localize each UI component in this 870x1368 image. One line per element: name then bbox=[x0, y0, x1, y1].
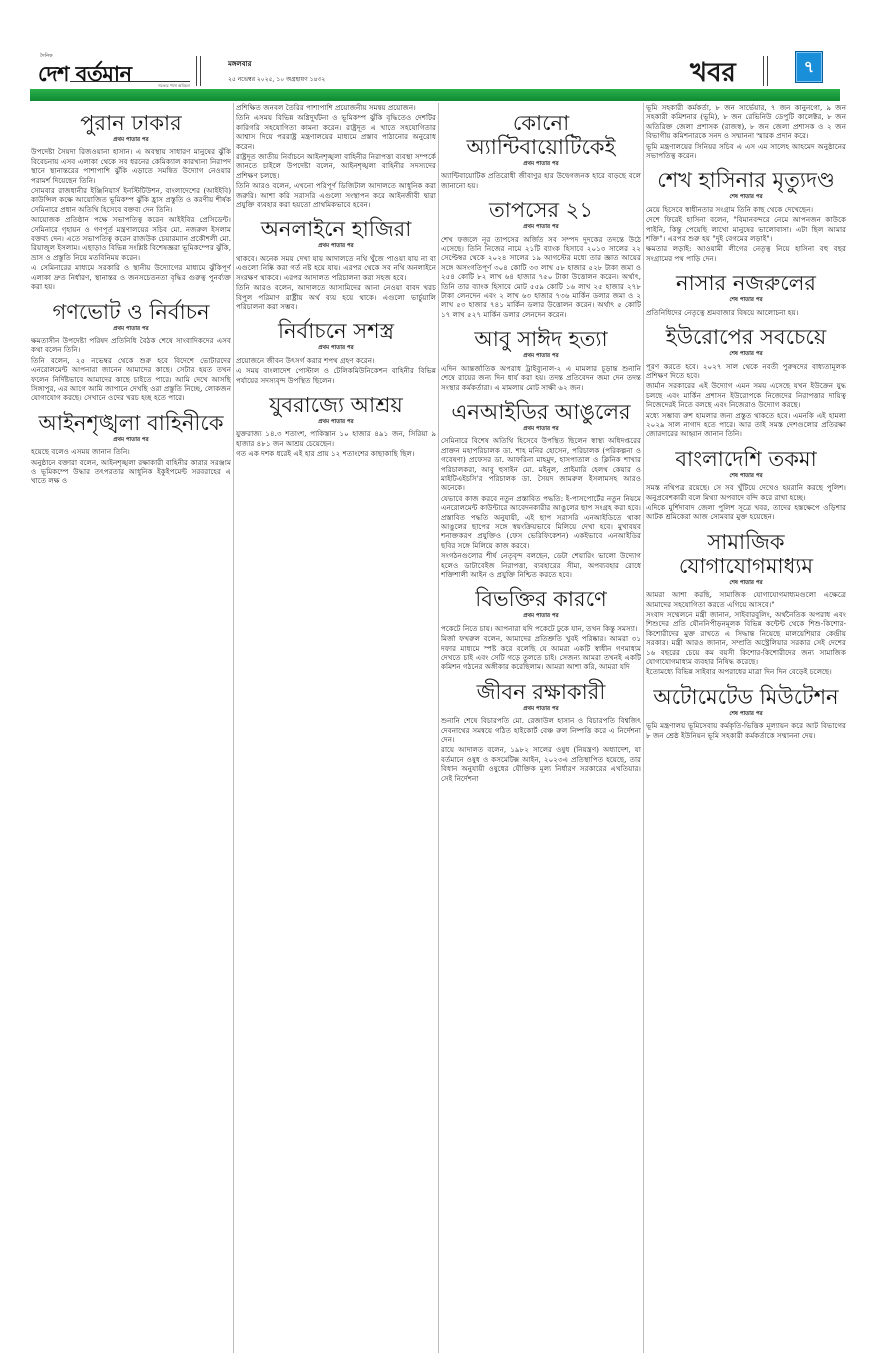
story-headline[interactable]: গণভোট ও নির্বাচন bbox=[31, 300, 231, 324]
story-paragraph: ক্ষমতাসীন উপদেষ্টা পরিষদ প্রতিনিধি বৈঠক … bbox=[31, 336, 231, 355]
story-online-hajira[interactable]: অনলাইনে হাজিরা প্রথম পাতার পর থাকবে। অনে… bbox=[236, 217, 436, 311]
page-number-badge: ৭ bbox=[795, 51, 823, 83]
story-kicker: প্রথম পাতার পর bbox=[31, 136, 231, 145]
story-kicker: প্রথম পাতার পর bbox=[441, 352, 641, 361]
story-gonovote[interactable]: গণভোট ও নির্বাচন প্রথম পাতার পর ক্ষমতাসী… bbox=[31, 300, 231, 403]
story-paragraph: সেমিনারে বিশেষ অতিথি হিসেবে উপস্থিত ছিলে… bbox=[441, 436, 641, 492]
column-1: পুরান ঢাকার প্রথম পাতার পর উপদেষ্টা সৈয়… bbox=[31, 103, 231, 1358]
story-kicker: শেষ পাতার পর bbox=[646, 472, 846, 481]
story-headline[interactable]: বাংলাদেশি তকমা bbox=[646, 447, 846, 471]
story-kicker: প্রথম পাতার পর bbox=[441, 160, 641, 169]
story-paragraph: অনুষ্ঠানে বক্তারা বলেন, আইনশৃঙ্খলা রক্ষা… bbox=[31, 458, 231, 486]
story-kicker: প্রথম পাতার পর bbox=[441, 425, 641, 434]
story-headline[interactable]: যুবরাজ্যে আশ্রয় bbox=[236, 393, 436, 417]
story-paragraph: যেভাবে কাজ করবে নতুন প্রস্তাবিত পদ্ধতি: … bbox=[441, 494, 641, 550]
story-puran-dhaka[interactable]: পুরান ঢাকার প্রথম পাতার পর উপদেষ্টা সৈয়… bbox=[31, 111, 231, 292]
divider bbox=[763, 56, 768, 86]
story-headline[interactable]: জীবন রক্ষাকারী bbox=[441, 680, 641, 704]
issue-day: মঙ্গলবার bbox=[228, 58, 252, 70]
story-kicker: প্রথম পাতার পর bbox=[441, 705, 641, 714]
story-kicker: প্রথম পাতার পর bbox=[441, 223, 641, 232]
story-kicker: প্রথম পাতার পর bbox=[441, 612, 641, 621]
story-headline[interactable]: শেখ হাসিনার মৃত্যুদণ্ড bbox=[646, 168, 846, 192]
story-taposh[interactable]: তাপসের ২১ প্রথম পাতার পর শেখ ফজলে নূর তা… bbox=[441, 198, 641, 319]
story-paragraph: মেয়ে হিসেবে স্বাধীনতার সংগ্রাম তিনি কাছ… bbox=[646, 205, 846, 214]
story-paragraph: থাকবে। অনেক সময় দেখা যায় আদালতে নথি খু… bbox=[236, 254, 436, 282]
story-headline[interactable]: আবু সাঈদ হত্যা bbox=[441, 327, 641, 351]
story-paragraph: সমস্ত নথিপত্র রয়েছে। সে সব খুঁটিয়ে দেখ… bbox=[646, 483, 846, 502]
story-kicker: শেষ পাতার পর bbox=[646, 350, 846, 359]
story-paragraph: প্রশিক্ষিত জনবল তৈরির পাশাপাশি প্রয়োজনী… bbox=[236, 103, 436, 112]
story-paragraph: এদিকে মুর্শিদাবাদ জেলা পুলিশ সূত্রে খবর,… bbox=[646, 503, 846, 522]
story-paragraph: তিনি আরও বলেন, এখনো পরিপূর্ণ ডিজিটাল আদা… bbox=[236, 181, 436, 209]
story-paragraph: দেশে ফিরেই হাসিনা বলেন, "বিমানবন্দরে নেম… bbox=[646, 215, 846, 243]
story-paragraph: গত এক দশক ধরেই এই হার প্রায় ১২ শতাংশের … bbox=[236, 449, 436, 458]
story-paragraph: তিনি এসময় বিভিন্ন অগ্নিদুর্ঘটনা ও ভূমিক… bbox=[236, 113, 436, 151]
story-hasina-verdict[interactable]: ভূমি সহকারী কর্মকর্তা, ৮ জন সার্ভেয়ার, … bbox=[646, 103, 846, 263]
story-paragraph: শেখ ফজলে নূর তাপসের অর্জিত সব সম্পদ দুদক… bbox=[441, 235, 641, 320]
story-kicker: প্রথম পাতার পর bbox=[31, 436, 231, 445]
story-paragraph: তিনি আরও বলেন, আদালতে আসামিদের আনা নেওয়… bbox=[236, 283, 436, 311]
story-kicker: প্রথম পাতার পর bbox=[236, 418, 436, 427]
story-paragraph: শুনানি শেষে বিচারপতি মো. রেজাউল হাসান ও … bbox=[441, 716, 641, 744]
story-paragraph: আমরা আশা করছি, সামাজিক যোগাযোগমাধ্যমগুলো… bbox=[646, 590, 846, 609]
story-paragraph: পূরণ করতে হবে। ২০২৭ সাল থেকে নবতী পুরুষদ… bbox=[646, 362, 846, 381]
issue-date: ২৫ নভেম্বর ২০২৫, ১০ অগ্রহায়ণ ১৪৩২ bbox=[228, 74, 325, 85]
story-paragraph: প্রয়োজনে জীবন উৎসর্গ করার শপথ গ্রহণ করে… bbox=[236, 356, 436, 365]
story-headline[interactable]: পুরান ঢাকার bbox=[31, 111, 231, 135]
divider bbox=[196, 56, 201, 86]
story-paragraph: রায়ে আদালত বলেন, ১৯৮২ সালের ওষুধ (নিয়ন… bbox=[441, 745, 641, 783]
story-automated-mutation[interactable]: অটোমেটেড মিউটেশন শেষ পাতার পর ভূমি মন্ত্… bbox=[646, 685, 846, 740]
story-paragraph: তিনি বলেন, ২৫ নভেম্বর থেকে শুরু হবে বিদে… bbox=[31, 356, 231, 403]
story-paragraph: হয়েছে বলেও এসময় জানান তিনি। bbox=[31, 447, 231, 456]
story-headline[interactable]: কোনো অ্যান্টিবায়োটিকেই bbox=[441, 111, 641, 159]
story-nid-fingerprint[interactable]: এনআইডির আঙুলের প্রথম পাতার পর সেমিনারে ব… bbox=[441, 400, 641, 580]
column-divider bbox=[233, 103, 234, 1353]
story-paragraph: সংগঠনগুলোর শীর্ষ নেতৃবৃন্দ বলছেন, ডেটা শ… bbox=[441, 551, 641, 579]
story-headline[interactable]: এনআইডির আঙুলের bbox=[441, 400, 641, 424]
story-kicker: শেষ পাতার পর bbox=[646, 296, 846, 305]
story-social-media[interactable]: সামাজিক যোগাযোগমাধ্যম শেষ পাতার পর আমরা … bbox=[646, 530, 846, 677]
story-paragraph: মির্জা ফখরুল বলেন, আমাদের প্রতিশ্রুতি খু… bbox=[441, 634, 641, 672]
story-bangladeshi-tag[interactable]: বাংলাদেশি তকমা শেষ পাতার পর সমস্ত নথিপত্… bbox=[646, 447, 846, 522]
story-paragraph: ভূমি মন্ত্রণালয়ের সিনিয়র সচিব এ এস এম … bbox=[646, 142, 846, 161]
story-paragraph: ইতোমধ্যে বিভিন্ন সাইবার অপরাধের মাত্রা দ… bbox=[646, 667, 846, 676]
column-3: কোনো অ্যান্টিবায়োটিকেই প্রথম পাতার পর অ… bbox=[441, 103, 641, 1358]
story-headline[interactable]: অনলাইনে হাজিরা bbox=[236, 217, 436, 241]
story-paragraph: যুক্তরাজ্য ১৪.৩ শতাংশ, পাকিস্তান ১০ হাজা… bbox=[236, 429, 436, 448]
story-paragraph: এদিন আন্তর্জাতিক অপরাধ ট্রাইব্যুনাল-২ এ … bbox=[441, 364, 641, 392]
story-headline[interactable]: তাপসের ২১ bbox=[441, 198, 641, 222]
story-headline[interactable]: ইউরোপের সবচেয়ে bbox=[646, 325, 846, 349]
story-division[interactable]: বিভক্তির কারণে প্রথম পাতার পর পকেটে নিতে… bbox=[441, 587, 641, 671]
story-law-enforcement[interactable]: আইনশৃঙ্খলা বাহিনীকে প্রথম পাতার পর হয়েছ… bbox=[31, 411, 231, 486]
story-paragraph: ভূমি মন্ত্রণালয় ভূমিসেবায় কর্মকৃতি-ভিত… bbox=[646, 721, 846, 740]
story-paragraph: রাষ্ট্রদূত জাতীয় নির্বাচনে আইনশৃঙ্খলা ব… bbox=[236, 152, 436, 180]
story-headline[interactable]: নাসার নজরুলের bbox=[646, 271, 846, 295]
column-4: ভূমি সহকারী কর্মকর্তা, ৮ জন সার্ভেয়ার, … bbox=[646, 103, 846, 1358]
story-kicker: শেষ পাতার পর bbox=[646, 193, 846, 202]
story-paragraph: জার্মান সরকারের এই উদ্যোগ এমন সময় এসেছে… bbox=[646, 381, 846, 409]
story-paragraph: মধ্যে সম্ভাব্য রুশ হামলার জন্য প্রস্তুত … bbox=[646, 411, 846, 439]
story-kicker: প্রথম পাতার পর bbox=[31, 325, 231, 334]
story-uk-asylum[interactable]: যুবরাজ্যে আশ্রয় প্রথম পাতার পর যুক্তরাজ… bbox=[236, 393, 436, 459]
story-headline[interactable]: নির্বাচনে সশস্ত্র bbox=[236, 319, 436, 343]
story-abu-sayeed[interactable]: আবু সাঈদ হত্যা প্রথম পাতার পর এদিন আন্তর… bbox=[441, 327, 641, 392]
story-paragraph: ভূমি সহকারী কর্মকর্তা, ৮ জন সার্ভেয়ার, … bbox=[646, 103, 846, 141]
story-paragraph: উপদেষ্টা সৈয়দা রিজওয়ানা হাসান। এ অবস্থ… bbox=[31, 147, 231, 185]
story-kicker: প্রথম পাতার পর bbox=[236, 242, 436, 251]
story-paragraph: পকেটে নিতে চায়। আপনারা যদি পকেটে ঢুকে য… bbox=[441, 624, 641, 633]
story-headline[interactable]: বিভক্তির কারণে bbox=[441, 587, 641, 611]
story-headline[interactable]: সামাজিক যোগাযোগমাধ্যম bbox=[646, 530, 846, 578]
story-continued: প্রশিক্ষিত জনবল তৈরির পাশাপাশি প্রয়োজনী… bbox=[236, 103, 436, 209]
story-paragraph: প্রতিনিধিদের নেতৃত্বে শ্রমবাজার বিষয়ে আ… bbox=[646, 308, 846, 317]
story-paragraph: সংবাদ সম্মেলনে মন্ত্রী জানান, সাইবারবুলি… bbox=[646, 610, 846, 666]
story-life-saving[interactable]: জীবন রক্ষাকারী প্রথম পাতার পর শুনানি শেষ… bbox=[441, 680, 641, 783]
story-paragraph: এ সময় বাংলাদেশ পোস্টাল ও টেলিকমিউনিকেশন… bbox=[236, 366, 436, 385]
column-divider bbox=[643, 103, 644, 1353]
story-europe[interactable]: ইউরোপের সবচেয়ে শেষ পাতার পর পূরণ করতে হ… bbox=[646, 325, 846, 439]
green-banner bbox=[30, 89, 840, 101]
story-kicker: প্রথম পাতার পর bbox=[236, 344, 436, 353]
story-paragraph: সোমবার রাজধানীর ইঞ্জিনিয়ার্স ইনস্টিটিউশ… bbox=[31, 186, 231, 214]
story-kicker: শেষ পাতার পর bbox=[646, 579, 846, 588]
story-headline[interactable]: অটোমেটেড মিউটেশন bbox=[646, 685, 846, 709]
masthead: দৈনিক দেশ বর্তমান সত্যের পথে অবিচল মঙ্গল… bbox=[0, 0, 870, 100]
story-antibiotic[interactable]: কোনো অ্যান্টিবায়োটিকেই প্রথম পাতার পর অ… bbox=[441, 111, 641, 190]
story-kicker: শেষ পাতার পর bbox=[646, 710, 846, 719]
story-paragraph: আয়োজক প্রতিষ্ঠান পক্ষে সভাপতিত্ব করেন আ… bbox=[31, 215, 231, 262]
column-divider bbox=[438, 103, 439, 1353]
story-armed-forces[interactable]: নির্বাচনে সশস্ত্র প্রথম পাতার পর প্রয়োজ… bbox=[236, 319, 436, 385]
story-paragraph: এ সেমিনারের মাধ্যমে সরকারি ও স্থানীয় উদ… bbox=[31, 263, 231, 291]
story-nasa-nazrul[interactable]: নাসার নজরুলের শেষ পাতার পর প্রতিনিধিদের … bbox=[646, 271, 846, 317]
story-headline[interactable]: আইনশৃঙ্খলা বাহিনীকে bbox=[31, 411, 231, 435]
column-2: প্রশিক্ষিত জনবল তৈরির পাশাপাশি প্রয়োজনী… bbox=[236, 103, 436, 1358]
story-paragraph: অ্যান্টিবায়োটিক প্রতিরোধী জীবাণুর হার উ… bbox=[441, 171, 641, 190]
story-paragraph: ক্ষমতার লড়াই: আওয়ামী লীগের নেতৃত্ব নিয… bbox=[646, 244, 846, 263]
